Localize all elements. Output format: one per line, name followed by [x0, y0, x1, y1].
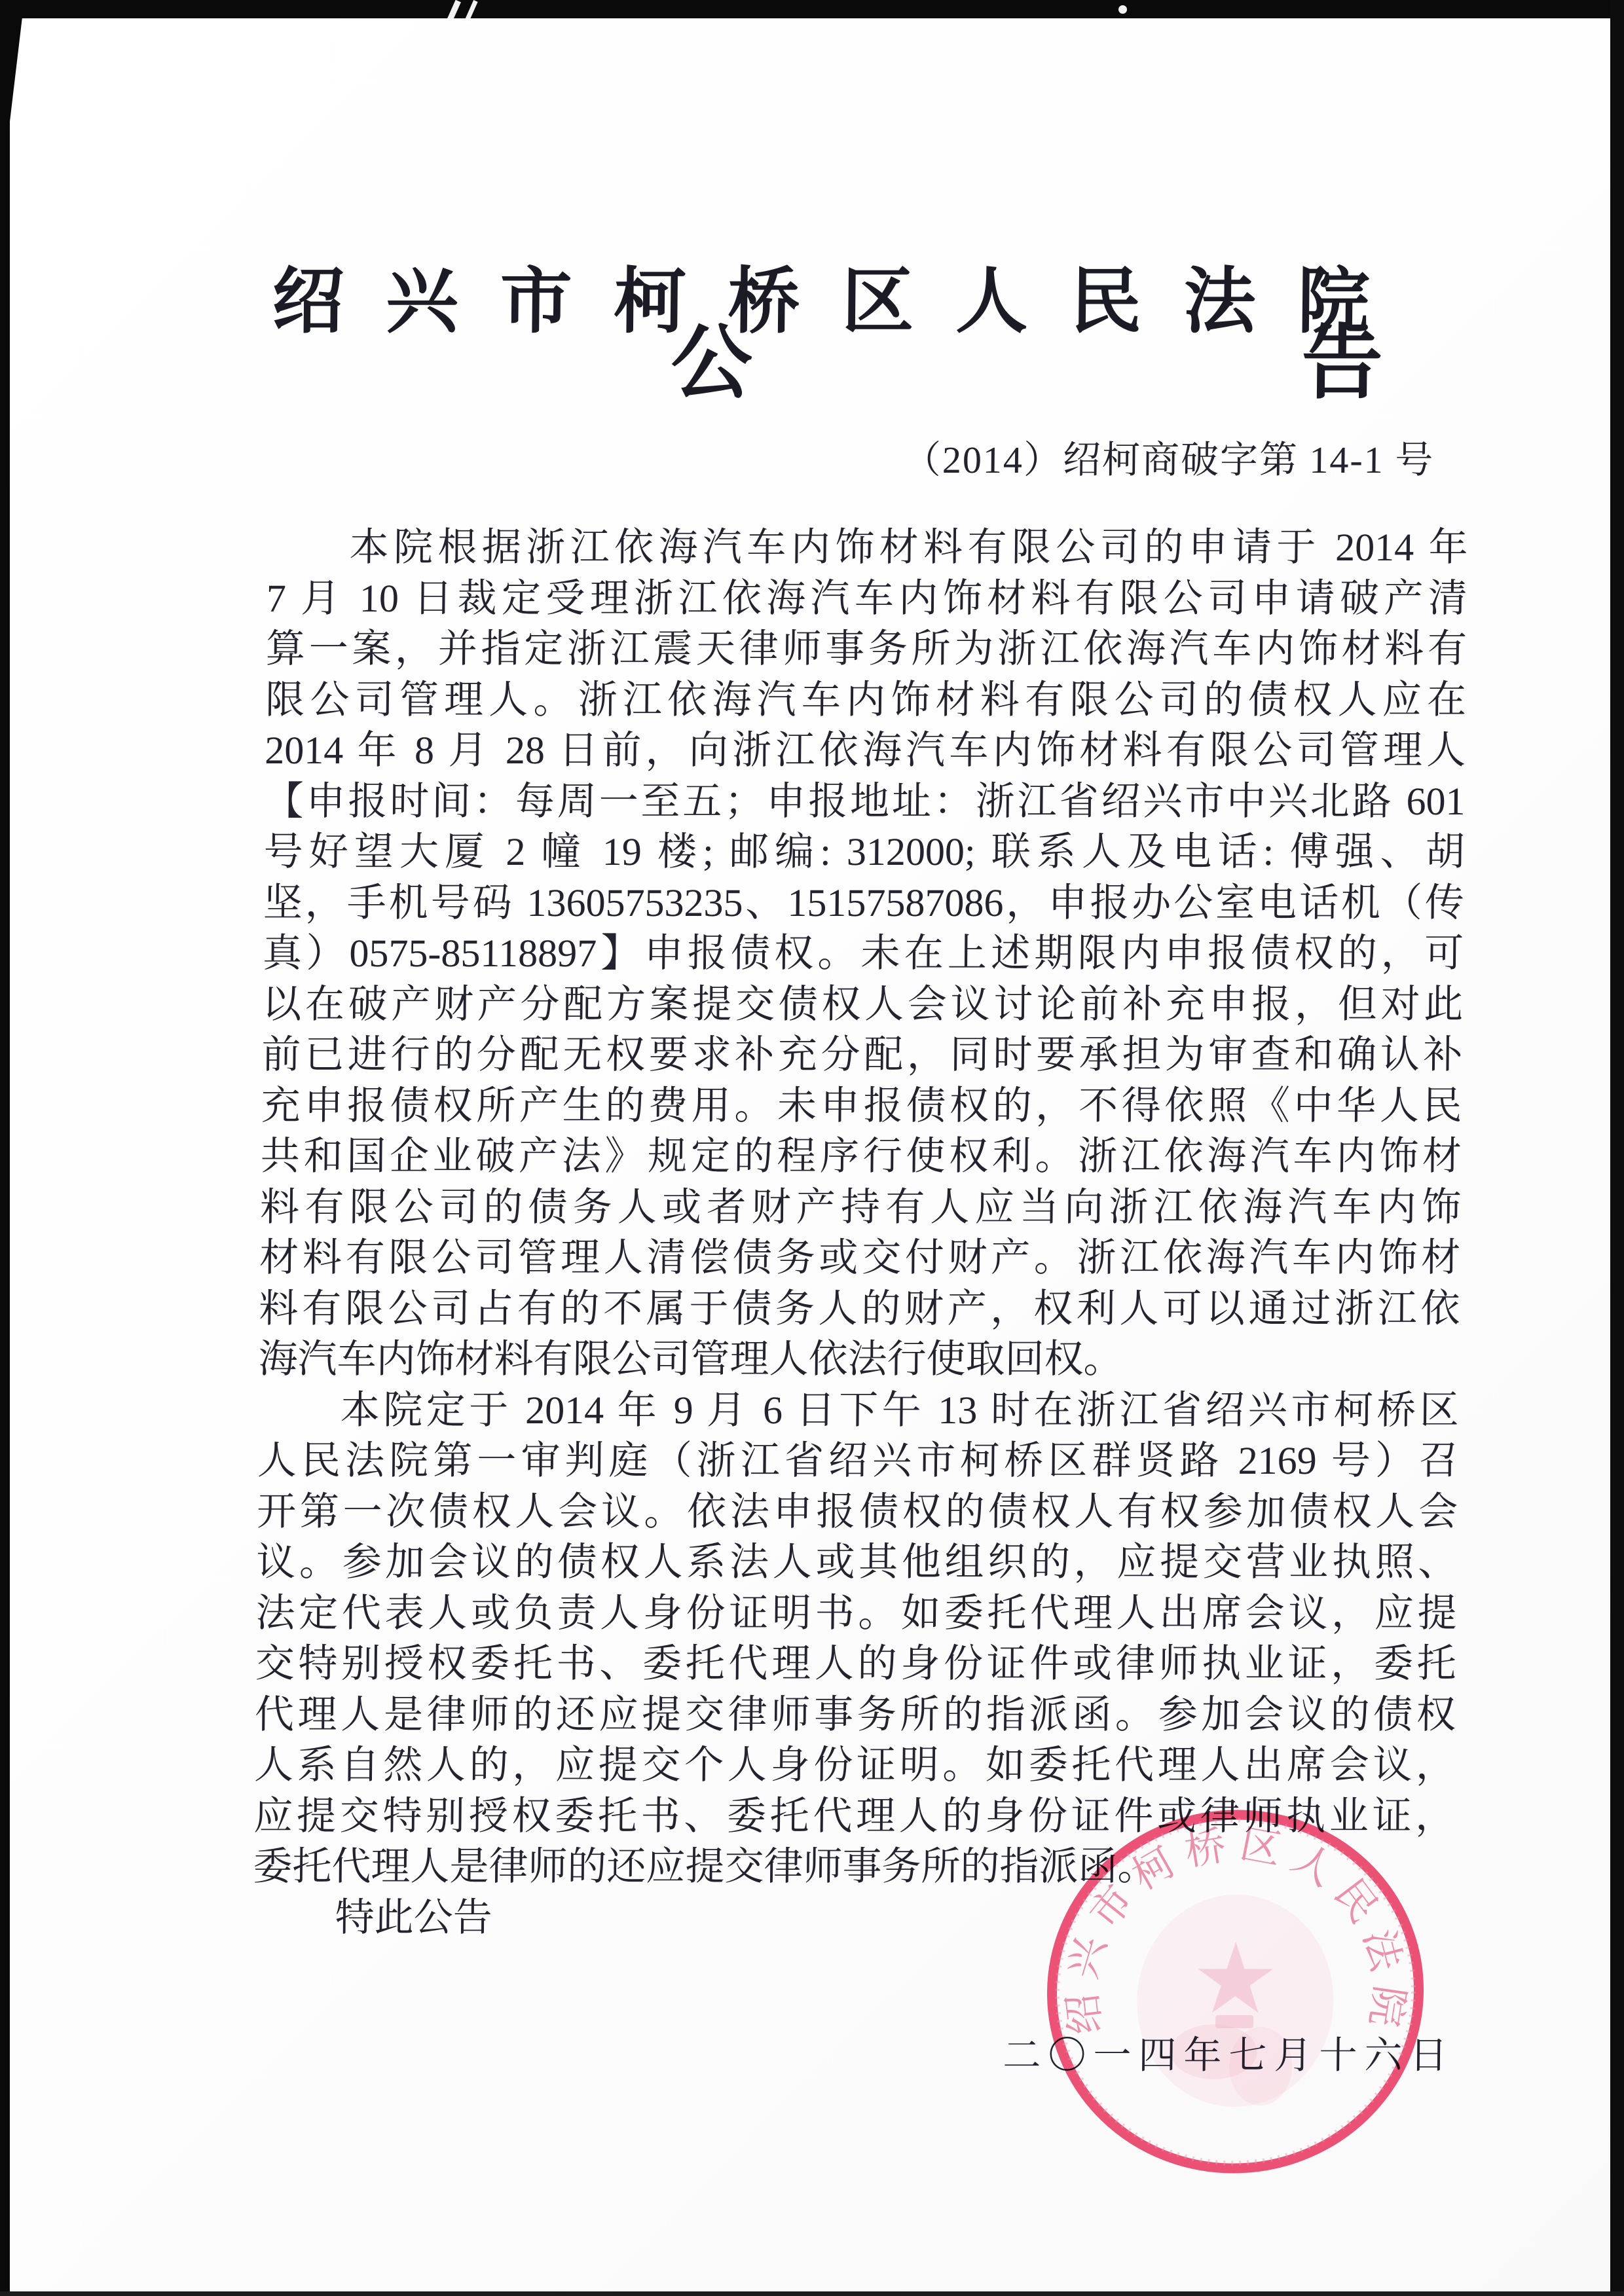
body-line: 坚，手机号码 13605753235、15157587086，申报办公室电话机（…	[263, 878, 1465, 929]
body-line: 2014 年 8 月 28 日前，向浙江依海汽车内饰材料有限公司管理人	[265, 725, 1466, 776]
scanned-court-announcement-page: 绍兴市柯桥区人民法院 公 告 （2014）绍柯商破字第 14-1 号 本院根据浙…	[0, 0, 1624, 2296]
body-line: 材料有限公司管理人清偿债务或交付财产。浙江依海汽车内饰材	[259, 1233, 1461, 1284]
body-line: 本院根据浙江依海汽车内饰材料有限公司的申请于 2014 年	[267, 522, 1468, 574]
body-line: 开第一次债权人会议。依法申报债权的债权人有权参加债权人会	[257, 1487, 1458, 1538]
body-line: 本院定于 2014 年 9 月 6 日下午 13 时在浙江省绍兴市柯桥区	[257, 1385, 1459, 1436]
body-line: 法定代表人或负责人身份证明书。如委托代理人出席会议，应提	[255, 1588, 1457, 1639]
document-content: 绍兴市柯桥区人民法院 公 告 （2014）绍柯商破字第 14-1 号 本院根据浙…	[0, 0, 1624, 2296]
body-line: 交特别授权委托书、委托代理人的身份证件或律师执业证，委托	[255, 1639, 1456, 1690]
body-line: 料有限公司的债务人或者财产持有人应当向浙江依海汽车内饰	[260, 1182, 1462, 1233]
closing-line: 特此公告	[252, 1893, 1454, 1944]
body-line: 人系自然人的，应提交个人身份证明。如委托代理人出席会议，	[254, 1740, 1456, 1791]
body-line: 议。参加会议的债权人系法人或其他组织的，应提交营业执照、	[256, 1537, 1458, 1588]
date-line: 二〇一四年七月十六日	[1003, 2024, 1455, 2079]
body-line: 限公司管理人。浙江依海汽车内饰材料有限公司的债权人应在	[265, 675, 1467, 726]
doc-type-heading: 公 告	[671, 298, 1624, 414]
body-line: 充申报债权所产生的费用。未申报债权的，不得依照《中华人民	[261, 1081, 1462, 1132]
body-line: 前已进行的分配无权要求补充分配，同时要承担为审查和确认补	[261, 1030, 1463, 1081]
body-line: 真）0575-85118897】申报债权。未在上述期限内申报债权的，可	[263, 928, 1464, 979]
body-line: 【申报时间：每周一至五；申报地址：浙江省绍兴市中兴北路 601	[264, 776, 1466, 828]
case-number: （2014）绍柯商破字第 14-1 号	[903, 429, 1435, 484]
announcement-body: 本院根据浙江依海汽车内饰材料有限公司的申请于 2014 年 7 月 10 日裁定…	[252, 522, 1468, 1943]
body-line: 委托代理人是律师的还应提交律师事务所的指派函。	[253, 1842, 1454, 1893]
body-line: 应提交特别授权委托书、委托代理人的身份证件或律师执业证，	[253, 1791, 1455, 1842]
seal-star-emblem	[1198, 1942, 1273, 2013]
body-line: 算一案，并指定浙江震天律师事务所为浙江依海汽车内饰材料有	[266, 624, 1467, 675]
body-line: 海汽车内饰材料有限公司管理人依法行使取回权。	[258, 1334, 1460, 1385]
body-line: 人民法院第一审判庭（浙江省绍兴市柯桥区群贤路 2169 号）召	[257, 1436, 1459, 1487]
body-line: 7 月 10 日裁定受理浙江依海汽车内饰材料有限公司申请破产清	[266, 574, 1467, 625]
body-line: 号好望大厦 2 幢 19 楼; 邮编: 312000; 联系人及电话: 傅强、胡	[263, 827, 1465, 878]
body-line: 以在破产财产分配方案提交债权人会议讨论前补充申报，但对此	[262, 979, 1464, 1030]
body-line: 代理人是律师的还应提交律师事务所的指派函。参加会议的债权	[255, 1690, 1456, 1741]
body-line: 共和国企业破产法》规定的程序行使权利。浙江依海汽车内饰材	[260, 1131, 1462, 1182]
body-line: 料有限公司占有的不属于债务人的财产，权利人可以通过浙江依	[259, 1284, 1460, 1335]
